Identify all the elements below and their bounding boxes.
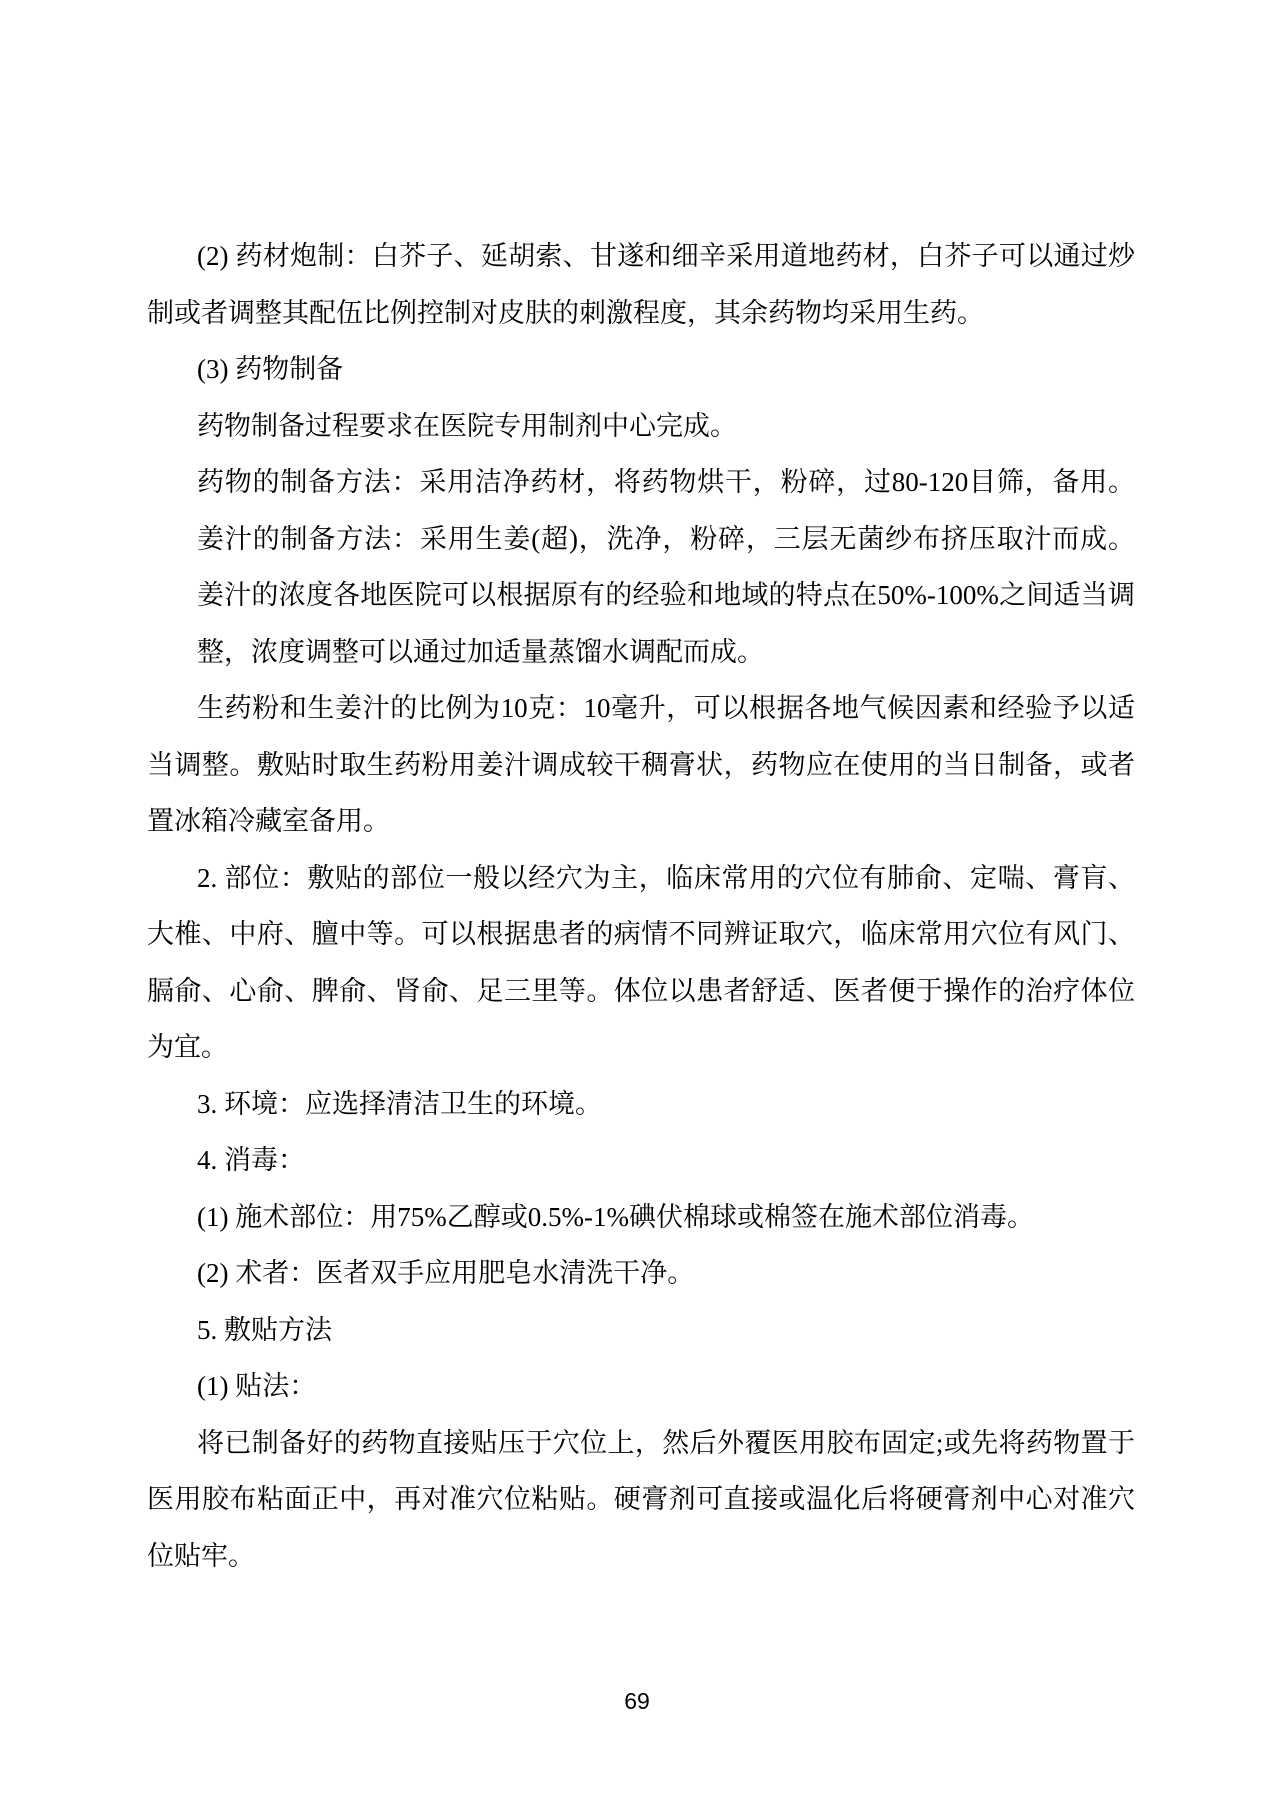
document-line: 姜汁的制备方法：采用生姜(超)，洗净，粉碎，三层无菌纱布挤压取汁而成。: [147, 511, 1135, 568]
document-line: 整，浓度调整可以通过加适量蒸馏水调配而成。: [147, 624, 1135, 681]
document-line: 姜汁的浓度各地医院可以根据原有的经验和地域的特点在50%-100%之间适当调: [147, 567, 1135, 624]
document-line: 药物制备过程要求在医院专用制剂中心完成。: [147, 398, 1135, 455]
document-page: (2) 药材炮制：白芥子、延胡索、甘遂和细辛采用道地药材，白芥子可以通过炒制或者…: [0, 0, 1274, 1801]
document-line: 5. 敷贴方法: [147, 1302, 1135, 1359]
document-line: 2. 部位：敷贴的部位一般以经穴为主，临床常用的穴位有肺俞、定喘、膏肓、: [147, 850, 1135, 907]
document-line: (3) 药物制备: [147, 341, 1135, 398]
document-line: 3. 环境：应选择清洁卫生的环境。: [147, 1076, 1135, 1133]
document-line: 制或者调整其配伍比例控制对皮肤的刺激程度，其余药物均采用生药。: [147, 285, 1135, 342]
document-line: 医用胶布粘面正中，再对准穴位粘贴。硬膏剂可直接或温化后将硬膏剂中心对准穴: [147, 1471, 1135, 1528]
document-line: 药物的制备方法：采用洁净药材，将药物烘干，粉碎，过80-120目筛，备用。: [147, 454, 1135, 511]
document-line: 将已制备好的药物直接贴压于穴位上，然后外覆医用胶布固定;或先将药物置于: [147, 1415, 1135, 1472]
document-line: (1) 施术部位：用75%乙醇或0.5%-1%碘伏棉球或棉签在施术部位消毒。: [147, 1189, 1135, 1246]
page-footer: 69: [0, 1688, 1274, 1715]
document-text-block: (2) 药材炮制：白芥子、延胡索、甘遂和细辛采用道地药材，白芥子可以通过炒制或者…: [147, 228, 1135, 1584]
document-line: 置冰箱冷藏室备用。: [147, 793, 1135, 850]
document-line: 大椎、中府、膻中等。可以根据患者的病情不同辨证取穴，临床常用穴位有风门、: [147, 906, 1135, 963]
document-line: 位贴牢。: [147, 1528, 1135, 1585]
document-line: 当调整。敷贴时取生药粉用姜汁调成较干稠膏状，药物应在使用的当日制备，或者: [147, 737, 1135, 794]
page-number: 69: [624, 1688, 650, 1714]
document-line: 4. 消毒：: [147, 1132, 1135, 1189]
document-line: 生药粉和生姜汁的比例为10克：10毫升，可以根据各地气候因素和经验予以适: [147, 680, 1135, 737]
document-line: (2) 药材炮制：白芥子、延胡索、甘遂和细辛采用道地药材，白芥子可以通过炒: [147, 228, 1135, 285]
document-line: (1) 贴法：: [147, 1358, 1135, 1415]
document-line: 为宜。: [147, 1019, 1135, 1076]
document-line: (2) 术者：医者双手应用肥皂水清洗干净。: [147, 1245, 1135, 1302]
document-line: 膈俞、心俞、脾俞、肾俞、足三里等。体位以患者舒适、医者便于操作的治疗体位: [147, 963, 1135, 1020]
